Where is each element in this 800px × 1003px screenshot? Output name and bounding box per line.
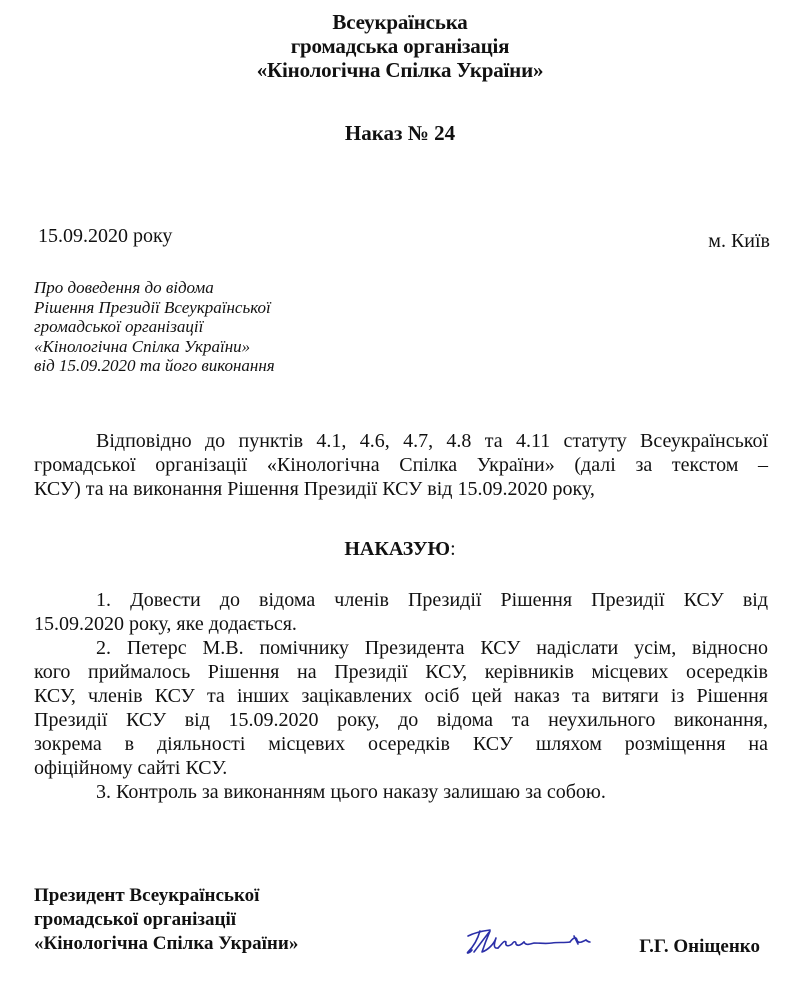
- order-word: НАКАЗУЮ: [344, 538, 450, 560]
- preamble-paragraph: Відповідно до пунктів 4.1, 4.6, 4.7, 4.8…: [34, 429, 768, 501]
- preamble-line: громадської організації «Кінологічна Спі…: [34, 453, 768, 477]
- signer-name: Г.Г. Оніщенко: [639, 935, 760, 959]
- subject-line: «Кінологічна Спілка України»: [34, 337, 275, 357]
- item-line: Президії КСУ від 15.09.2020 року, до від…: [34, 708, 768, 732]
- signer-title-line: «Кінологічна Спілка України»: [34, 932, 298, 956]
- item-line: зокрема в діяльності місцевих осередків …: [34, 732, 768, 756]
- order-item-3: 3. Контроль за виконанням цього наказу з…: [34, 780, 768, 804]
- signer-title-line: Президент Всеукраїнської: [34, 884, 298, 908]
- item-line: 3. Контроль за виконанням цього наказу з…: [34, 780, 768, 804]
- preamble-line: КСУ) та на виконання Рішення Президії КС…: [34, 477, 768, 501]
- item-line: 15.09.2020 року, яке додається.: [34, 612, 768, 636]
- order-directive-heading: НАКАЗУЮ:: [0, 537, 800, 561]
- order-subject: Про доведення до відома Рішення Президії…: [34, 278, 275, 376]
- subject-line: громадської організації: [34, 317, 275, 337]
- organization-header: Всеукраїнська громадська організація «Кі…: [0, 10, 800, 82]
- order-item-1: 1. Довести до відома членів Президії Ріш…: [34, 588, 768, 636]
- order-item-2: 2. Петерс М.В. помічнику Президента КСУ …: [34, 636, 768, 780]
- subject-line: Рішення Президії Всеукраїнської: [34, 298, 275, 318]
- preamble-line: Відповідно до пунктів 4.1, 4.6, 4.7, 4.8…: [34, 429, 768, 453]
- order-title: Наказ № 24: [0, 121, 800, 145]
- signer-title: Президент Всеукраїнської громадської орг…: [34, 884, 298, 956]
- handwritten-signature-icon: [460, 922, 600, 962]
- item-line: КСУ, членів КСУ та інших зацікавлених ос…: [34, 684, 768, 708]
- item-line: 2. Петерс М.В. помічнику Президента КСУ …: [34, 636, 768, 660]
- subject-line: від 15.09.2020 та його виконання: [34, 356, 275, 376]
- order-word-colon: :: [450, 538, 456, 560]
- order-date: 15.09.2020 року: [38, 224, 172, 248]
- org-name-line-1: Всеукраїнська: [0, 10, 800, 34]
- order-city: м. Київ: [708, 229, 770, 253]
- item-line: офіційному сайті КСУ.: [34, 756, 768, 780]
- item-line: 1. Довести до відома членів Президії Ріш…: [34, 588, 768, 612]
- org-name-line-3: «Кінологічна Спілка України»: [0, 58, 800, 82]
- org-name-line-2: громадська організація: [0, 34, 800, 58]
- order-items: 1. Довести до відома членів Президії Ріш…: [34, 588, 768, 804]
- item-line: кого приймалось Рішення на Президії КСУ,…: [34, 660, 768, 684]
- subject-line: Про доведення до відома: [34, 278, 275, 298]
- signer-title-line: громадської організації: [34, 908, 298, 932]
